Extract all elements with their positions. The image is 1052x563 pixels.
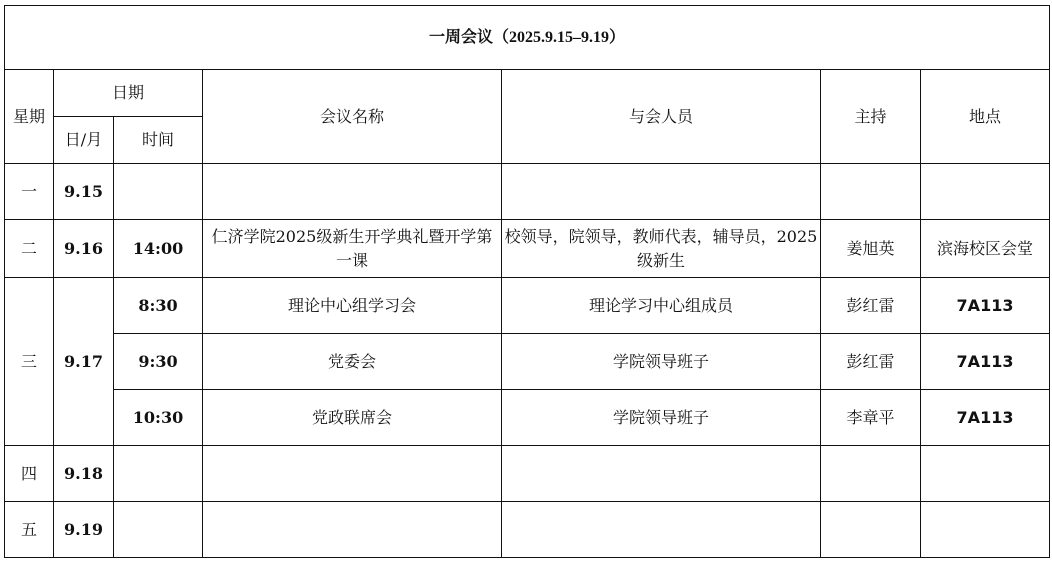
attendees-cell: 校领导，院领导，教师代表，辅导员，2025级新生 — [502, 220, 821, 278]
header-day-month: 日/月 — [54, 117, 114, 164]
location-cell: 7A113 — [921, 278, 1050, 334]
meeting-name-cell: 仁济学院2025级新生开学典礼暨开学第一课 — [203, 220, 502, 278]
table-title: 一周会议（2025.9.15–9.19） — [5, 6, 1050, 70]
location-cell — [921, 502, 1050, 558]
date-cell: 9.16 — [54, 220, 114, 278]
attendees-cell — [502, 502, 821, 558]
host-cell: 彭红雷 — [821, 334, 921, 390]
header-meeting-name: 会议名称 — [203, 70, 502, 164]
header-date-group: 日期 — [54, 70, 203, 117]
header-attendees: 与会人员 — [502, 70, 821, 164]
weekday-cell: 四 — [5, 446, 54, 502]
weekday-cell: 五 — [5, 502, 54, 558]
time-cell: 10:30 — [114, 390, 203, 446]
table-row: 一 9.15 — [5, 164, 1050, 220]
time-cell — [114, 502, 203, 558]
host-cell: 彭红雷 — [821, 278, 921, 334]
date-cell: 9.18 — [54, 446, 114, 502]
location-cell — [921, 446, 1050, 502]
weekly-meeting-table: 一周会议（2025.9.15–9.19） 星期 日期 会议名称 与会人员 主持 … — [4, 5, 1050, 558]
location-cell: 7A113 — [921, 390, 1050, 446]
host-cell — [821, 164, 921, 220]
meeting-name-cell — [203, 164, 502, 220]
attendees-cell: 学院领导班子 — [502, 390, 821, 446]
host-cell — [821, 446, 921, 502]
location-cell: 滨海校区会堂 — [921, 220, 1050, 278]
location-cell — [921, 164, 1050, 220]
time-cell — [114, 164, 203, 220]
table-row: 9:30 党委会 学院领导班子 彭红雷 7A113 — [5, 334, 1050, 390]
date-cell: 9.15 — [54, 164, 114, 220]
host-cell: 姜旭英 — [821, 220, 921, 278]
attendees-cell: 学院领导班子 — [502, 334, 821, 390]
date-cell: 9.17 — [54, 278, 114, 446]
location-cell: 7A113 — [921, 334, 1050, 390]
table-row: 四 9.18 — [5, 446, 1050, 502]
time-cell: 14:00 — [114, 220, 203, 278]
time-cell: 9:30 — [114, 334, 203, 390]
time-cell — [114, 446, 203, 502]
date-cell: 9.19 — [54, 502, 114, 558]
meeting-name-cell: 党委会 — [203, 334, 502, 390]
host-cell: 李章平 — [821, 390, 921, 446]
attendees-cell — [502, 164, 821, 220]
table-row: 五 9.19 — [5, 502, 1050, 558]
meeting-name-cell — [203, 446, 502, 502]
meeting-name-cell — [203, 502, 502, 558]
table-row: 10:30 党政联席会 学院领导班子 李章平 7A113 — [5, 390, 1050, 446]
meeting-name-cell: 理论中心组学习会 — [203, 278, 502, 334]
attendees-text: 校领导，院领导，教师代表，辅导员，2025级新生 — [502, 225, 820, 273]
meeting-name-cell: 党政联席会 — [203, 390, 502, 446]
weekday-cell: 一 — [5, 164, 54, 220]
time-cell: 8:30 — [114, 278, 203, 334]
meeting-name-text: 仁济学院2025级新生开学典礼暨开学第一课 — [203, 225, 501, 273]
table-row: 三 9.17 8:30 理论中心组学习会 理论学习中心组成员 彭红雷 7A113 — [5, 278, 1050, 334]
header-time: 时间 — [114, 117, 203, 164]
header-location: 地点 — [921, 70, 1050, 164]
attendees-cell — [502, 446, 821, 502]
attendees-cell: 理论学习中心组成员 — [502, 278, 821, 334]
header-host: 主持 — [821, 70, 921, 164]
table-row: 二 9.16 14:00 仁济学院2025级新生开学典礼暨开学第一课 校领导，院… — [5, 220, 1050, 278]
weekday-cell: 二 — [5, 220, 54, 278]
weekday-cell: 三 — [5, 278, 54, 446]
header-weekday: 星期 — [5, 70, 54, 164]
host-cell — [821, 502, 921, 558]
